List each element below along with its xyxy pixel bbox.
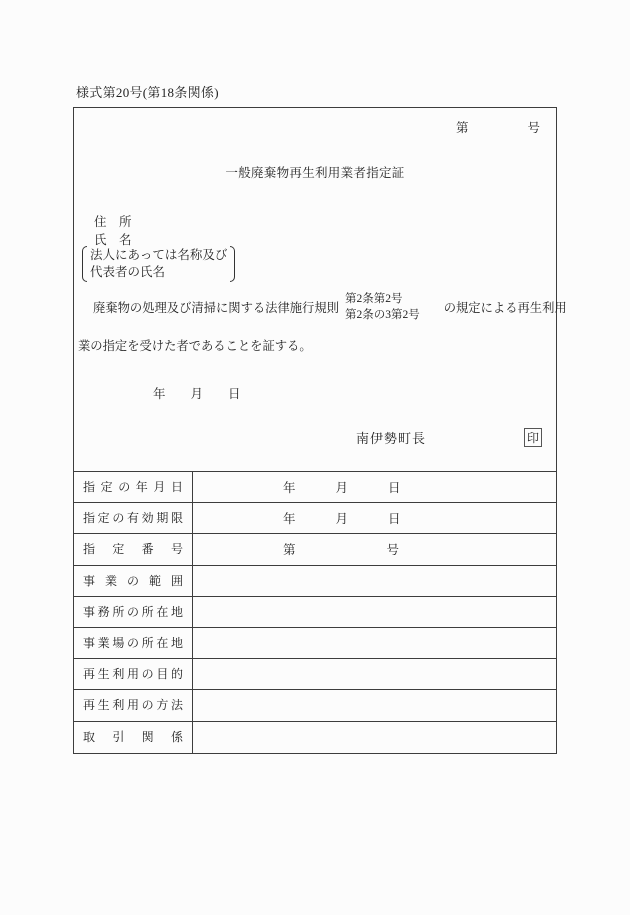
seal-label: 印 xyxy=(527,429,539,446)
row-label: 事務所の所在地 xyxy=(74,597,193,627)
row-label: 再生利用の方法 xyxy=(74,690,193,720)
certificate-box: 第 号 一般廃棄物再生利用業者指定証 住 所 氏 名 法人にあっては名称及び 代… xyxy=(73,107,557,472)
clause-line2: 第2条の3第2号 xyxy=(345,307,420,323)
row-value-empty xyxy=(193,659,556,689)
value-day-label: 日 xyxy=(388,478,401,496)
corporate-note-line1: 法人にあっては名称及び xyxy=(90,247,227,264)
row-value: 年 月 日 xyxy=(193,472,556,502)
row-label: 取引関係 xyxy=(74,722,193,753)
table-row: 事務所の所在地 xyxy=(74,597,556,628)
value-year-label: 年 xyxy=(283,509,296,527)
clause-line1: 第2条第2号 xyxy=(345,291,420,307)
doc-number-suffix: 号 xyxy=(527,118,540,136)
row-label: 指定番号 xyxy=(74,534,193,564)
row-value-empty xyxy=(193,722,556,753)
row-label: 指定の年月日 xyxy=(74,472,193,502)
address-label: 住 所 xyxy=(94,212,132,230)
row-value-empty xyxy=(193,597,556,627)
right-bracket xyxy=(230,246,235,282)
table-row: 取引関係 xyxy=(74,722,556,753)
clause-stack: 第2条第2号 第2条の3第2号 xyxy=(345,291,420,323)
date-month-label: 月 xyxy=(191,384,204,402)
table-row: 指定の有効期限 年 月 日 xyxy=(74,503,556,534)
certificate-title: 一般廃棄物再生利用業者指定証 xyxy=(74,163,556,181)
value-year-label: 年 xyxy=(283,478,296,496)
table-row: 事業の範囲 xyxy=(74,566,556,597)
row-label: 指定の有効期限 xyxy=(74,503,193,533)
table-row: 再生利用の方法 xyxy=(74,690,556,721)
law-text: 廃棄物の処理及び清掃に関する法律施行規則 xyxy=(93,298,339,316)
row-value-empty xyxy=(193,690,556,720)
date-year-label: 年 xyxy=(153,384,166,402)
document-page: 様式第20号(第18条関係) 第 号 一般廃棄物再生利用業者指定証 住 所 氏 … xyxy=(0,0,630,915)
seal-box: 印 xyxy=(524,428,542,447)
table-row: 指定の年月日 年 月 日 xyxy=(74,472,556,503)
value-number-prefix: 第 xyxy=(283,540,296,558)
table-row: 指定番号 第 号 xyxy=(74,534,556,565)
corporate-note-line2: 代表者の氏名 xyxy=(90,264,227,281)
date-day-label: 日 xyxy=(228,384,241,402)
value-month-label: 月 xyxy=(336,509,349,527)
row-label: 事業場の所在地 xyxy=(74,628,193,658)
table-row: 再生利用の目的 xyxy=(74,659,556,690)
row-label: 再生利用の目的 xyxy=(74,659,193,689)
law-reference-line: 廃棄物の処理及び清掃に関する法律施行規則 第2条第2号 第2条の3第2号 の規定… xyxy=(80,291,567,323)
table-row: 事業場の所在地 xyxy=(74,628,556,659)
doc-number-line: 第 号 xyxy=(456,118,540,136)
corporate-note: 法人にあっては名称及び 代表者の氏名 xyxy=(82,246,235,282)
certify-statement: 業の指定を受けた者であることを証する。 xyxy=(78,336,312,354)
row-value: 第 号 xyxy=(193,534,556,564)
law-suffix: の規定による再生利用 xyxy=(444,298,567,316)
value-number-suffix: 号 xyxy=(387,540,400,558)
value-day-label: 日 xyxy=(388,509,401,527)
row-value-empty xyxy=(193,566,556,596)
row-label: 事業の範囲 xyxy=(74,566,193,596)
details-table: 指定の年月日 年 月 日 指定の有効期限 年 月 日 指定番号 第 号 事業の範… xyxy=(73,471,557,754)
issue-date-line: 年 月 日 xyxy=(153,384,241,402)
row-value-empty xyxy=(193,628,556,658)
doc-number-prefix: 第 xyxy=(456,118,469,136)
issuer-name: 南伊勢町長 xyxy=(356,428,426,447)
value-month-label: 月 xyxy=(336,478,349,496)
row-value: 年 月 日 xyxy=(193,503,556,533)
form-number-label: 様式第20号(第18条関係) xyxy=(76,82,219,101)
corporate-note-text: 法人にあっては名称及び 代表者の氏名 xyxy=(87,247,230,281)
